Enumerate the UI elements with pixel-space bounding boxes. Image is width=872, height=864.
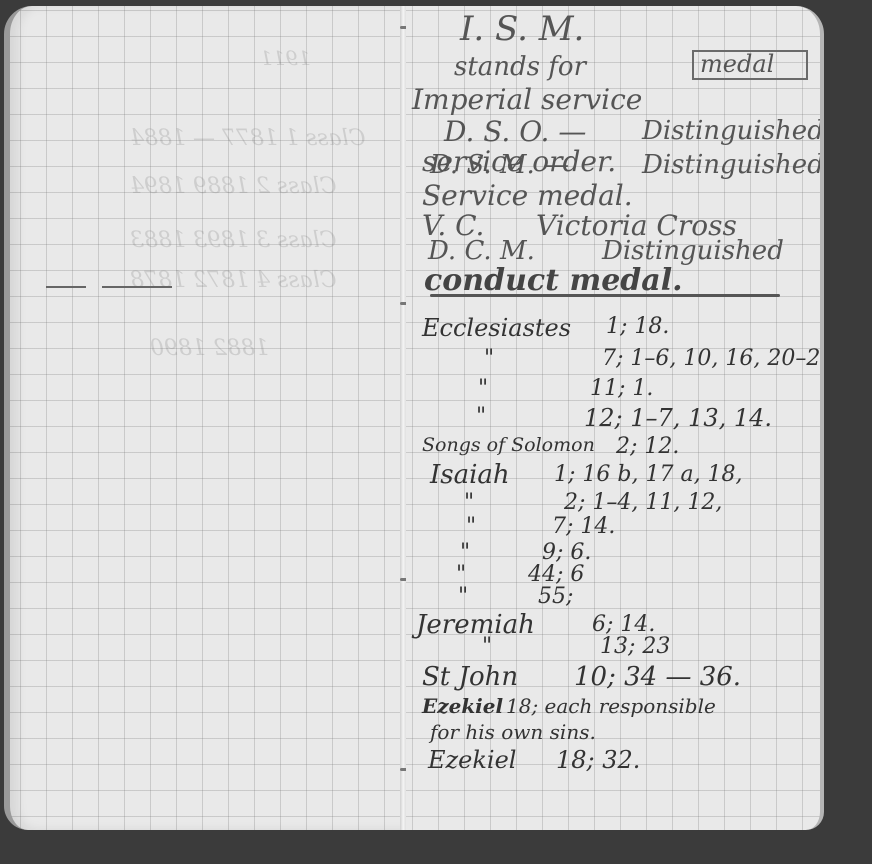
abbreviation-text: Imperial service — [412, 86, 642, 114]
bleed-through-text: Class 4 1872 1878 — [130, 268, 337, 293]
ditto-mark: " — [484, 346, 494, 371]
bleed-through-text: Class 2 1889 1894 — [130, 174, 337, 199]
scripture-ref: 10; 34 — 36. — [574, 662, 741, 692]
scripture-ref: 18; each responsible — [506, 694, 716, 718]
left-page: 1911 Class 1 1877 — 1884 Class 2 1889 18… — [4, 6, 408, 830]
scripture-ref: 12; 1–7, 13, 14. — [584, 404, 772, 432]
scripture-book: Isaiah — [430, 460, 510, 490]
section-underline — [430, 294, 780, 297]
ditto-mark: " — [466, 514, 476, 539]
scan-background: 1911 Class 1 1877 — 1884 Class 2 1889 18… — [0, 0, 872, 864]
ditto-mark: " — [482, 634, 492, 659]
abbreviation-text: stands for — [454, 54, 586, 80]
open-notebook: 1911 Class 1 1877 — 1884 Class 2 1889 18… — [4, 6, 824, 836]
bleed-through-text: 1882 1890 — [150, 336, 269, 361]
ditto-mark: " — [476, 404, 486, 429]
scripture-ref: 2; 12. — [616, 434, 679, 459]
scripture-book: Jeremiah — [416, 610, 535, 640]
scripture-ref: 7; 14. — [552, 514, 615, 539]
abbreviation-code: D. S. M. — — [430, 152, 569, 178]
abbreviation-text: Distinguished — [602, 238, 784, 264]
bleed-through-text: Class 3 1893 1883 — [130, 228, 337, 253]
abbreviation-code: D. S. O. — — [444, 118, 586, 146]
scripture-book: St John — [422, 662, 518, 692]
abbreviation-text: Distinguished — [642, 118, 824, 144]
bleed-through-text: Class 1 1877 — 1884 — [130, 126, 366, 151]
bleed-through-text: 1911 — [260, 46, 311, 70]
ditto-mark: " — [464, 490, 474, 515]
pencil-mark — [46, 286, 86, 288]
abbreviation-text: Service medal. — [422, 182, 633, 210]
right-page: I. S. M. stands for medal Imperial servi… — [406, 6, 824, 830]
boxed-note-text: medal — [700, 52, 774, 76]
scripture-ref: 1; 18. — [606, 314, 669, 339]
scripture-book: Ezekiel — [428, 746, 516, 774]
scripture-ref: 2; 1–4, 11, 12, — [564, 490, 722, 515]
scripture-ref: 1; 16 b, 17 a, 18, — [554, 462, 743, 487]
ditto-mark: " — [458, 584, 468, 609]
abbreviation-text: conduct medal. — [424, 266, 683, 296]
scripture-ref: 7; 1–6, 10, 16, 20–22 — [602, 346, 824, 371]
scripture-ref: 55; — [538, 584, 573, 609]
pencil-mark — [102, 286, 172, 288]
scripture-book: Ezekiel — [422, 694, 503, 718]
scripture-book: Songs of Solomon — [422, 434, 595, 456]
abbreviation-code: I. S. M. — [460, 12, 584, 46]
annotation-text: for his own sins. — [430, 720, 596, 744]
scripture-ref: 13; 23 — [600, 634, 670, 659]
scripture-ref: 18; 32. — [556, 746, 640, 774]
abbreviation-text: Distinguished — [642, 152, 824, 178]
abbreviation-code: D. C. M. — [428, 238, 535, 264]
scripture-book: Ecclesiastes — [422, 314, 571, 342]
ditto-mark: " — [478, 376, 488, 401]
scripture-ref: 11; 1. — [590, 376, 653, 401]
